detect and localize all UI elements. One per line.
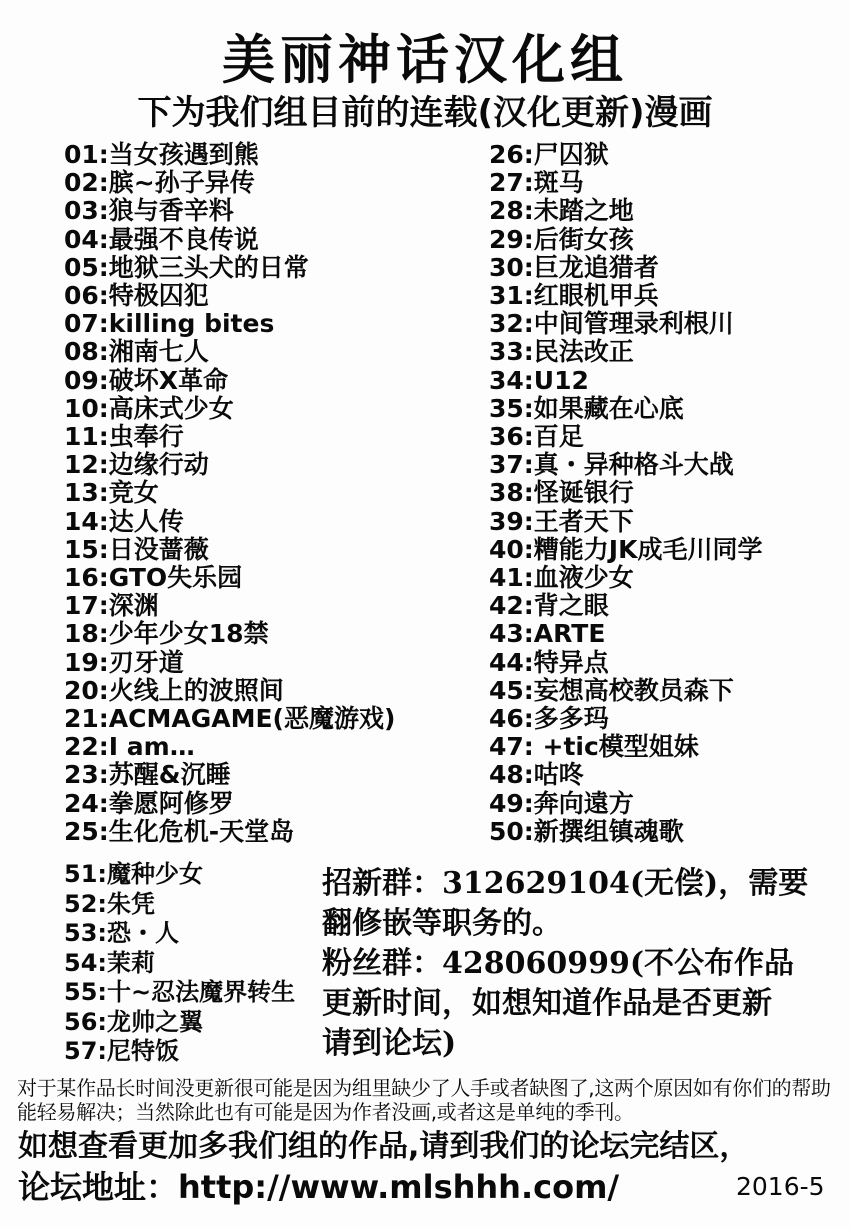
series-item: 42:背之眼 [489,592,762,620]
series-item: 30:巨龙追猎者 [489,254,762,282]
series-item: 32:中间管理录利根川 [489,310,762,338]
series-item: 23:苏醒&沉睡 [64,761,395,789]
series-item: 47: +tic模型姐妹 [489,733,762,761]
series-item: 51:魔种少女 [64,860,295,890]
series-list-right: 26:尸囚狱27:斑马28:未踏之地29:后街女孩30:巨龙追猎者31:红眼机甲… [489,141,762,846]
series-item: 07:killing bites [64,310,395,338]
series-item: 22:I am… [64,733,395,761]
series-item: 14:达人传 [64,508,395,536]
series-item: 28:未踏之地 [489,197,762,225]
series-item: 45:妄想高校教员森下 [489,677,762,705]
series-item: 06:特极囚犯 [64,282,395,310]
series-item: 56:龙帅之翼 [64,1008,295,1038]
series-item: 53:恐・人 [64,919,295,949]
series-item: 16:GTO失乐园 [64,564,395,592]
series-list-extra: 51:魔种少女52:朱凭53:恐・人54:茉莉55:十~忍法魔界转生56:龙帅之… [64,860,295,1067]
date-label: 2016-5 [736,1172,825,1201]
note-line: 对于某作品长时间没更新很可能是因为组里缺少了人手或者缺图了,这两个原因如有你们的… [17,1076,831,1100]
series-item: 24:拳愿阿修罗 [64,790,395,818]
series-item: 34:U12 [489,367,762,395]
recruit-line: 请到论坛) [322,1024,847,1064]
series-item: 31:红眼机甲兵 [489,282,762,310]
series-item: 03:狼与香辛料 [64,197,395,225]
series-item: 40:糟能力JK成毛川同学 [489,536,762,564]
forum-address: 论坛地址：http://www.mlshhh.com/ [18,1162,619,1208]
series-item: 27:斑马 [489,169,762,197]
series-item: 15:日没蔷薇 [64,536,395,564]
series-item: 37:真・异种格斗大战 [489,451,762,479]
series-item: 26:尸囚狱 [489,141,762,169]
series-item: 50:新撰组镇魂歌 [489,818,762,846]
series-item: 04:最强不良传说 [64,226,395,254]
series-item: 33:民法改正 [489,338,762,366]
series-item: 43:ARTE [489,620,762,648]
series-item: 05:地狱三头犬的日常 [64,254,395,282]
series-item: 12:边缘行动 [64,451,395,479]
series-item: 38:怪诞银行 [489,479,762,507]
series-item: 08:湘南七人 [64,338,395,366]
footer-cta: 如想查看更加多我们组的作品,请到我们的论坛完结区， [18,1121,749,1165]
series-item: 02:膑~孙子异传 [64,169,395,197]
series-item: 57:尼特饭 [64,1037,295,1067]
series-item: 44:特异点 [489,649,762,677]
page-subtitle: 下为我们组目前的连载(汉化更新)漫画 [0,85,850,134]
series-item: 41:血液少女 [489,564,762,592]
series-item: 25:生化危机-天堂岛 [64,818,395,846]
series-item: 29:后街女孩 [489,226,762,254]
recruit-line: 粉丝群：428060999(不公布作品 [322,944,847,984]
series-list-left: 01:当女孩遇到熊02:膑~孙子异传03:狼与香辛料04:最强不良传说05:地狱… [64,141,395,846]
series-item: 18:少年少女18禁 [64,620,395,648]
series-item: 48:咕咚 [489,761,762,789]
recruit-info-block: 招新群：312629104(无偿)，需要翻修嵌等职务的。粉丝群：42806099… [322,864,847,1064]
group-title: 美丽神话汉化组 [0,18,850,94]
series-item: 55:十~忍法魔界转生 [64,978,295,1008]
series-item: 19:刃牙道 [64,649,395,677]
recruit-line: 更新时间，如想知道作品是否更新 [322,984,847,1024]
series-item: 21:ACMAGAME(恶魔游戏) [64,705,395,733]
series-item: 20:火线上的波照间 [64,677,395,705]
series-item: 13:竞女 [64,479,395,507]
series-item: 46:多多玛 [489,705,762,733]
series-item: 01:当女孩遇到熊 [64,141,395,169]
series-item: 35:如果藏在心底 [489,395,762,423]
series-item: 39:王者天下 [489,508,762,536]
series-item: 36:百足 [489,423,762,451]
page: 美丽神话汉化组 下为我们组目前的连载(汉化更新)漫画 01:当女孩遇到熊02:膑… [0,0,850,1228]
recruit-line: 翻修嵌等职务的。 [322,904,847,944]
series-item: 10:高床式少女 [64,395,395,423]
series-item: 49:奔向遠方 [489,790,762,818]
scanlation-credits-page: { "colors": { "background": "#fdfdfd", "… [0,0,850,1228]
series-item: 11:虫奉行 [64,423,395,451]
footer-note: 对于某作品长时间没更新很可能是因为组里缺少了人手或者缺图了,这两个原因如有你们的… [17,1076,831,1124]
recruit-line: 招新群：312629104(无偿)，需要 [322,864,847,904]
series-item: 17:深渊 [64,592,395,620]
series-item: 54:茉莉 [64,949,295,979]
series-item: 09:破坏X革命 [64,367,395,395]
series-item: 52:朱凭 [64,890,295,920]
